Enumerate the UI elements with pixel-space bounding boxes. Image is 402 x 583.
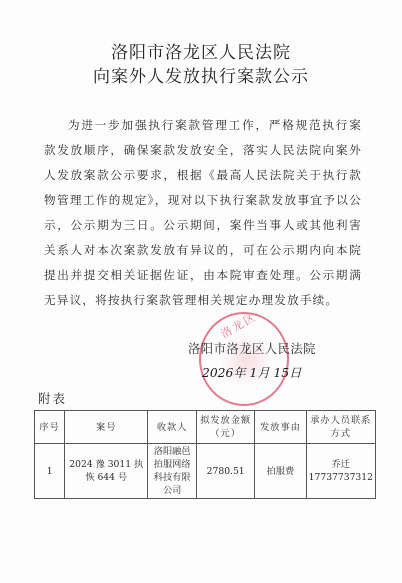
attachment-table: 序号 案号 收款人 拟发放金额（元） 发放事由 承办人员联系方式 1 2024 …	[34, 410, 376, 499]
header-case-no: 案号	[65, 411, 148, 444]
contact-name: 乔迁	[309, 458, 373, 471]
header-amount: 拟发放金额（元）	[197, 411, 255, 444]
header-payee: 收款人	[148, 411, 197, 444]
contact-phone: 17737737312	[309, 471, 373, 484]
header-reason: 发放事由	[255, 411, 306, 444]
table-header-row: 序号 案号 收款人 拟发放金额（元） 发放事由 承办人员联系方式	[35, 411, 376, 444]
cell-payee: 洛阳融邑拍服网络科技有限公司	[148, 444, 197, 499]
notice-body: 为进一步加强执行案款管理工作，严格规范执行案款发放顺序，确保案款发放安全，落实人…	[44, 113, 362, 313]
document-page: 洛阳市洛龙区人民法院 向案外人发放执行案款公示 为进一步加强执行案款管理工作，严…	[0, 0, 402, 583]
cell-case-no: 2024 豫 3011 执恢 644 号	[65, 444, 148, 499]
signature-court-name: 洛阳市洛龙区人民法院	[188, 339, 316, 357]
cell-index: 1	[35, 444, 65, 499]
header-index: 序号	[35, 411, 65, 444]
cell-contact: 乔迁 17737737312	[306, 444, 375, 499]
table-row: 1 2024 豫 3011 执恢 644 号 洛阳融邑拍服网络科技有限公司 27…	[35, 444, 376, 499]
signature-date: 2026年 1月 15日	[202, 363, 301, 381]
header-contact: 承办人员联系方式	[306, 411, 375, 444]
official-seal-stamp: 洛龙区	[199, 312, 289, 406]
cell-reason: 拍服费	[255, 444, 306, 499]
cell-amount: 2780.51	[197, 444, 255, 499]
attachment-label: 附表	[38, 389, 67, 407]
notice-title: 向案外人发放执行案款公示	[0, 62, 402, 87]
court-name-title: 洛阳市洛龙区人民法院	[0, 38, 402, 63]
